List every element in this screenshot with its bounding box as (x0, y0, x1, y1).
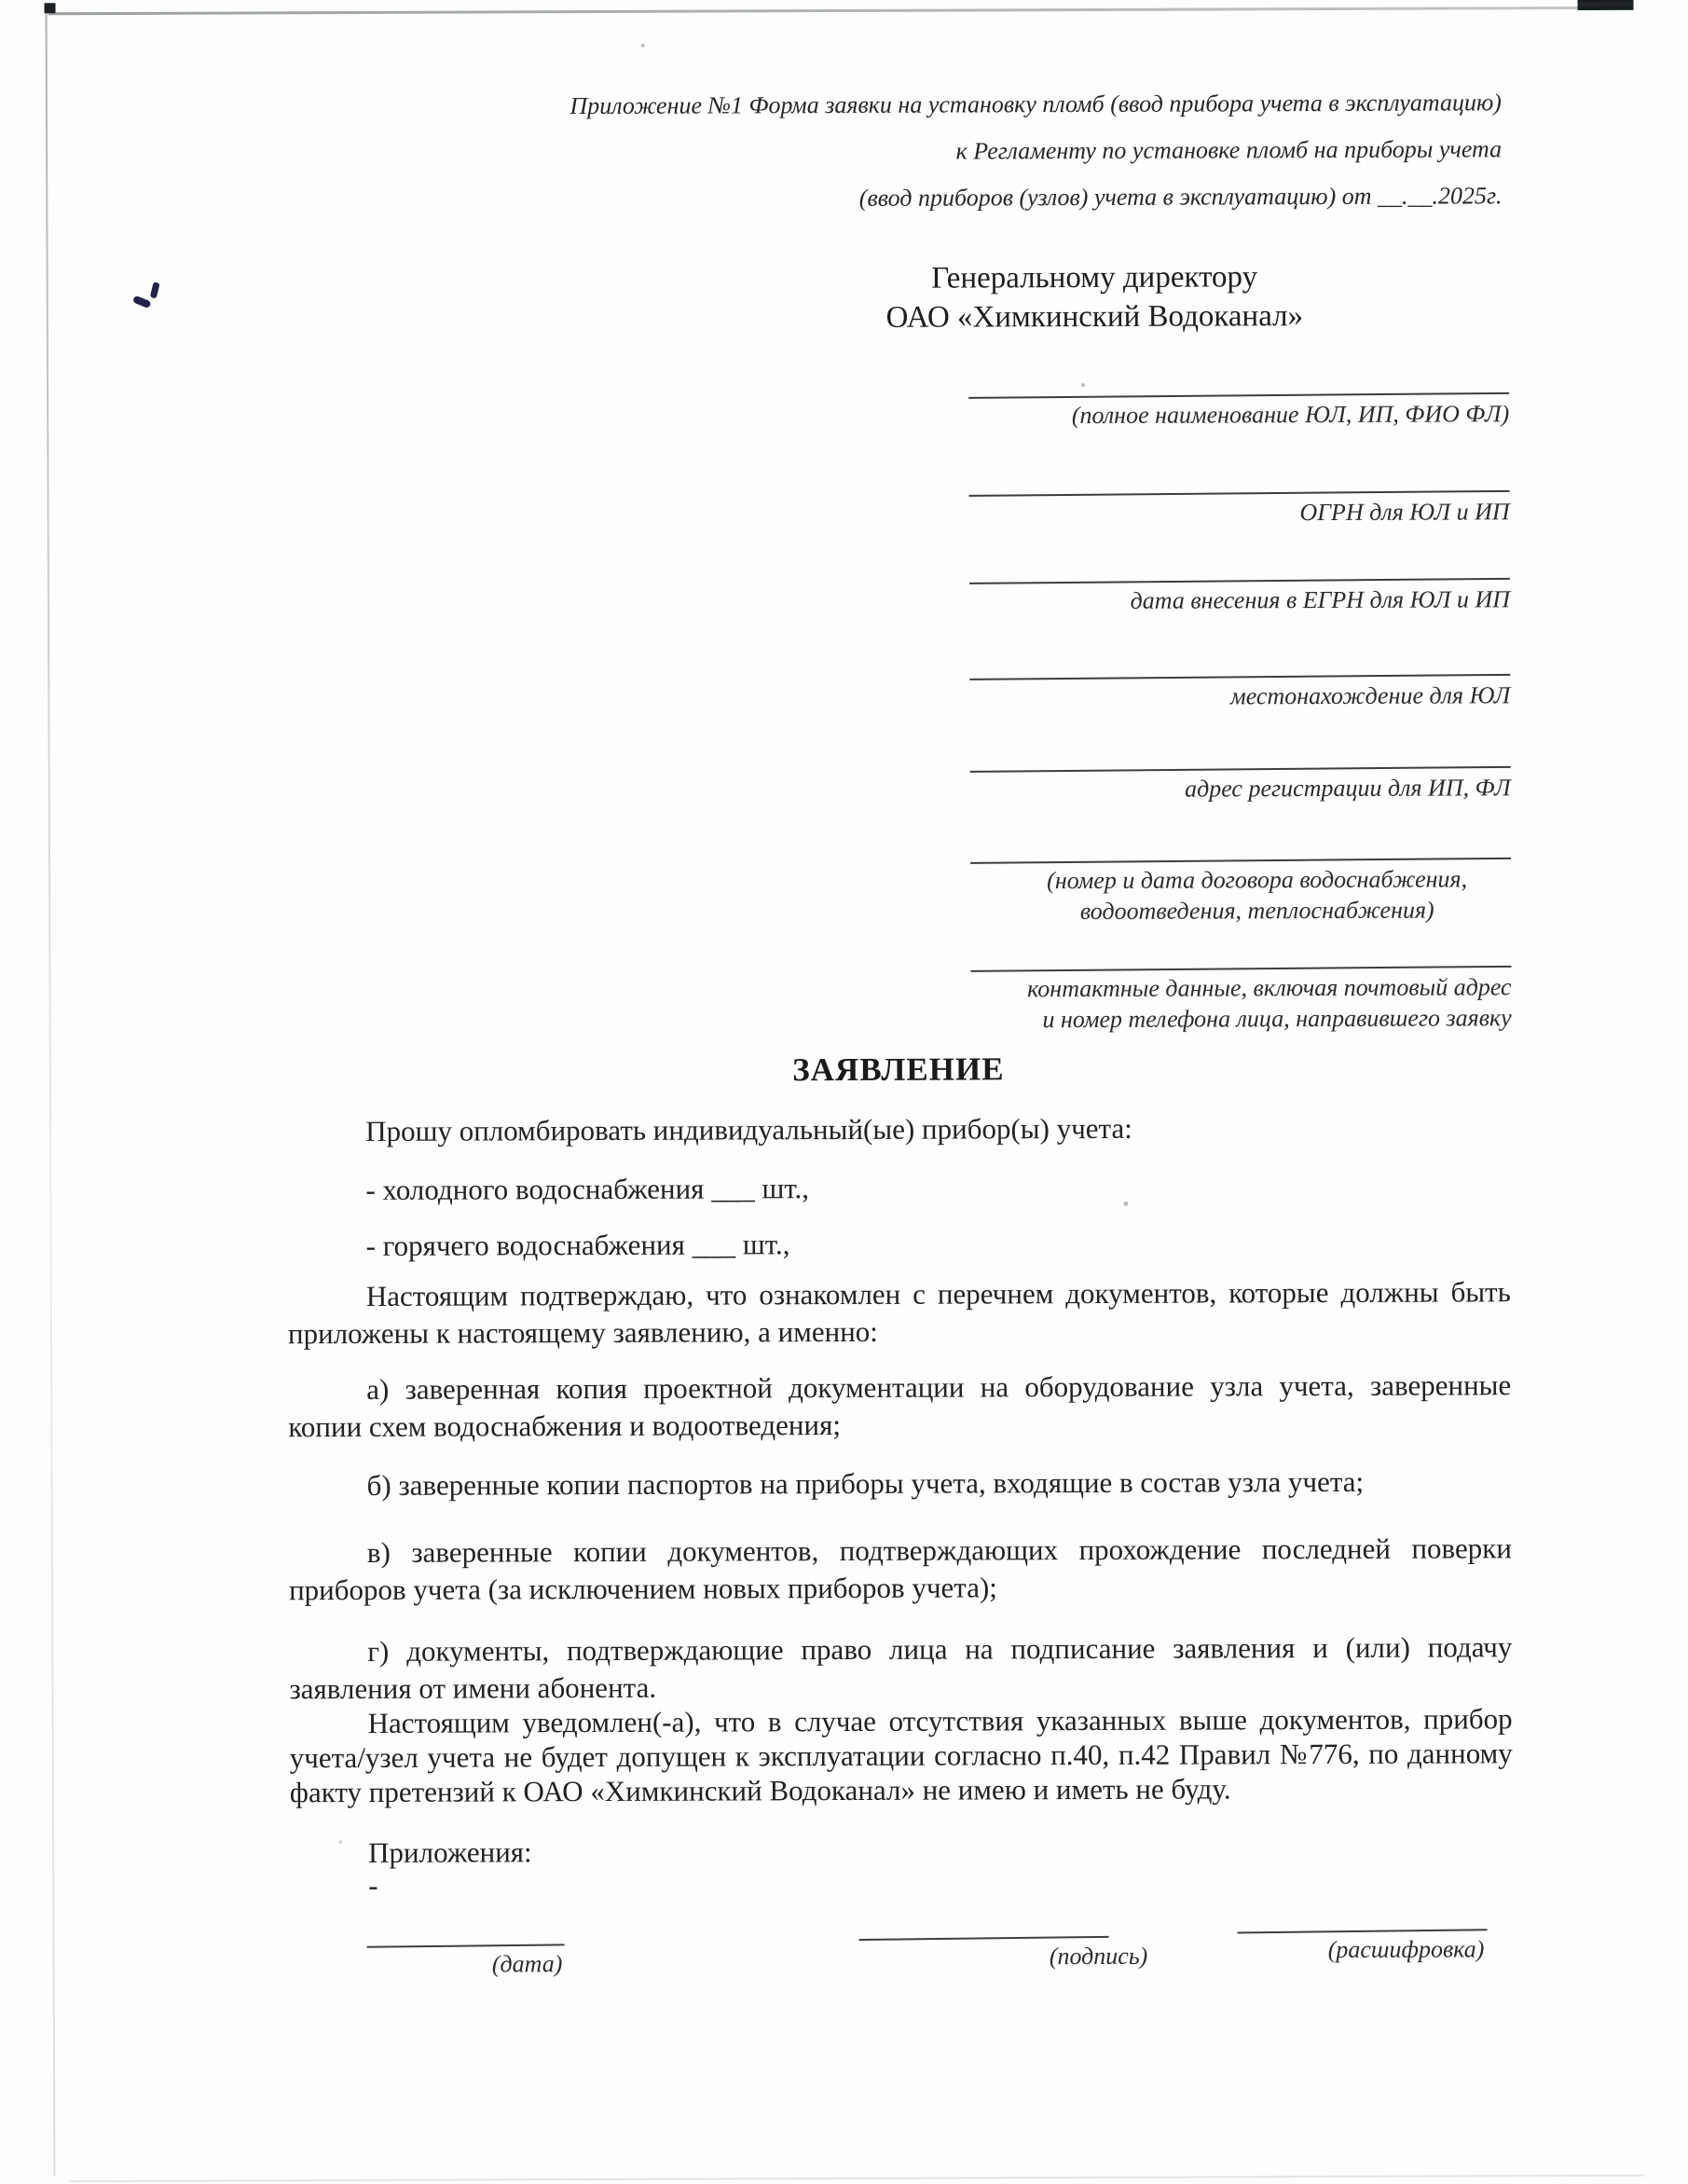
blank-underline (968, 475, 1509, 497)
blank-underline (969, 563, 1510, 584)
document-title: ЗАЯВЛЕНИЕ (287, 1049, 1510, 1091)
paragraph-doc-b: б) заверенные копии паспортов на приборы… (289, 1463, 1512, 1504)
blank-underline (1237, 1913, 1487, 1933)
field-label: (полное наименование ЮЛ, ИП, ФИО ФЛ) (929, 398, 1509, 431)
scan-bottom-edge-line (69, 2175, 1644, 2182)
pen-mark (150, 282, 160, 298)
form-field-full-name: (полное наименование ЮЛ, ИП, ФИО ФЛ) (929, 378, 1509, 431)
header-line-date: (ввод приборов (узлов) учета в эксплуата… (570, 172, 1503, 223)
blank-underline (366, 1928, 564, 1947)
signature-name-field: (расшифровка) (1237, 1914, 1487, 1965)
signature-name-label: (расшифровка) (1281, 1934, 1530, 1965)
paragraph-doc-a: а) заверенная копия проектной документац… (288, 1367, 1511, 1446)
blank-underline (858, 1920, 1108, 1941)
pen-mark (132, 295, 152, 309)
scan-corner-mark-right (1577, 0, 1633, 10)
blank-underline (969, 659, 1510, 680)
scan-corner-mark-left (45, 3, 56, 13)
signature-date-label: (дата) (429, 1949, 626, 1980)
scan-left-edge-line (46, 13, 56, 2176)
signature-date-field: (дата) (366, 1929, 564, 1980)
form-field-contacts: контактные данные, включая почтовый адре… (931, 952, 1511, 1035)
paragraph-notice: Настоящим уведомлен(-а), что в случае от… (290, 1701, 1513, 1809)
attachments-item: - (290, 1862, 1513, 1904)
scan-content: Приложение №1 Форма заявки на установку … (0, 0, 1688, 2184)
document-header: Приложение №1 Форма заявки на установку … (570, 79, 1502, 223)
list-item-hot-water: - горячего водоснабжения ___ шт., (288, 1223, 1511, 1265)
addressee-company: ОАО «Химкинский Водоканал» (841, 296, 1349, 337)
form-field-contract: (номер и дата договора водоснабжения, во… (931, 844, 1511, 927)
field-label: (номер и дата договора водоснабжения, во… (1003, 863, 1511, 927)
signature-sign-field: (подпись) (858, 1921, 1108, 1972)
field-label: дата внесения в ЕГРН для ЮЛ и ИП (930, 584, 1510, 616)
paragraph-doc-v: в) заверенные копии документов, подтверж… (289, 1530, 1512, 1609)
header-line-appendix: Приложение №1 Форма заявки на установку … (570, 79, 1502, 130)
blank-underline (970, 951, 1511, 972)
scan-top-edge-line (48, 7, 1634, 16)
scan-speck (641, 44, 645, 48)
form-field-registration-address: адрес регистрации для ИП, ФЛ (931, 752, 1511, 804)
paragraph-intro: Прошу опломбировать индивидуальный(ые) п… (287, 1108, 1510, 1150)
blank-underline (970, 843, 1511, 864)
blank-underline (970, 751, 1511, 773)
paragraph-doc-g: г) документы, подтверждающие право лица … (289, 1628, 1512, 1708)
form-field-ogrn: ОГРН для ЮЛ и ИП (929, 476, 1509, 529)
list-item-cold-water: - холодного водоснабжения ___ шт., (287, 1167, 1510, 1209)
field-label: местонахождение для ЮЛ (930, 680, 1510, 712)
signature-sign-label: (подпись) (974, 1941, 1224, 1971)
field-label: ОГРН для ЮЛ и ИП (930, 496, 1510, 529)
addressee-position: Генеральному директору (841, 257, 1349, 298)
field-label: контактные данные, включая почтовый адре… (976, 971, 1512, 1035)
addressee-block: Генеральному директору ОАО «Химкинский В… (841, 257, 1349, 337)
blank-underline (968, 378, 1509, 399)
form-field-location: местонахождение для ЮЛ (930, 660, 1510, 712)
field-label: адрес регистрации для ИП, ФЛ (931, 772, 1511, 804)
paragraph-confirmation: Настоящим подтверждаю, что ознакомлен с … (288, 1273, 1511, 1353)
header-line-regulation: к Регламенту по установке пломб на прибо… (570, 126, 1502, 176)
scanned-document-page: Приложение №1 Форма заявки на установку … (0, 0, 1688, 2184)
form-field-egrn-date: дата внесения в ЕГРН для ЮЛ и ИП (930, 564, 1510, 616)
